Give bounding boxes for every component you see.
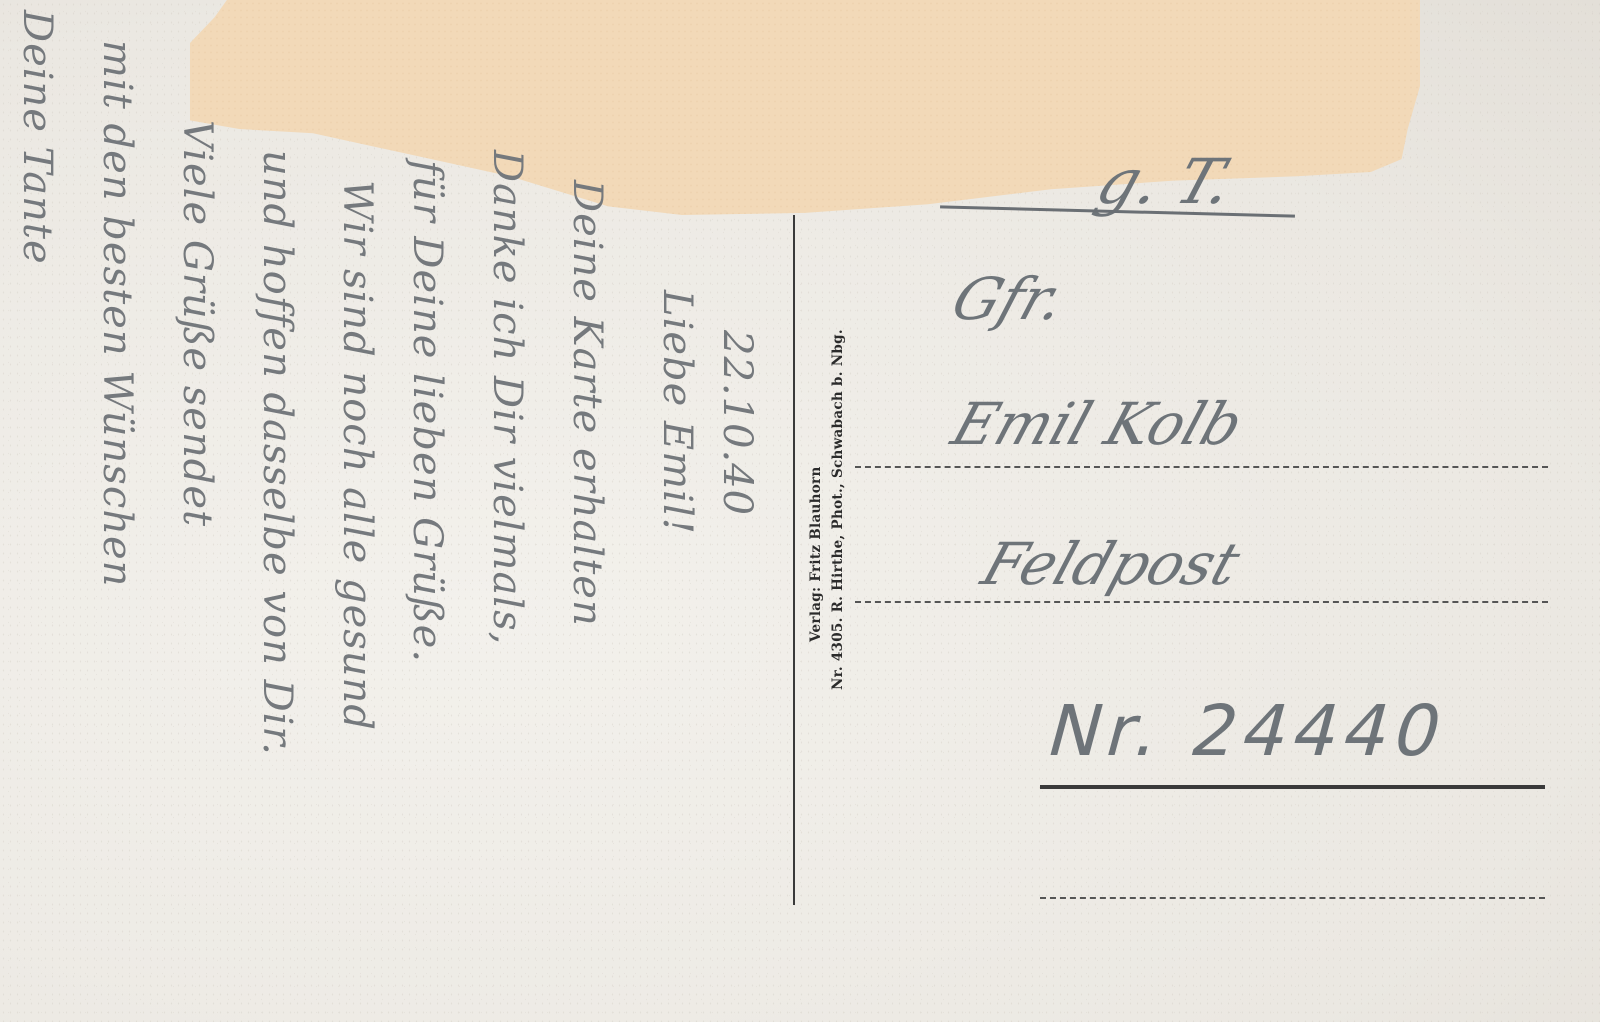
message-line: Wir sind noch alle gesund bbox=[334, 180, 380, 731]
address-number: Nr. 24440 bbox=[1039, 690, 1457, 772]
message-line: Deine Karte erhalten bbox=[564, 180, 610, 627]
publisher-line-1: Verlag: Fritz Blauhorn bbox=[805, 329, 827, 690]
address-line-1 bbox=[855, 466, 1548, 468]
publisher-imprint: Verlag: Fritz Blauhorn Nr. 4305. R. Hirt… bbox=[805, 329, 849, 690]
message-line: Liebe Emil! bbox=[654, 290, 700, 535]
address-name: Emil Kolb bbox=[944, 390, 1251, 458]
message-line: Deine Tante bbox=[14, 10, 60, 265]
message-date: 22.10.40 bbox=[714, 330, 760, 516]
address-rank: Gfr. bbox=[944, 265, 1074, 333]
publisher-line-2: Nr. 4305. R. Hirthe, Phot., Schwabach b.… bbox=[827, 329, 849, 690]
message-line: Viele Grüße sendet bbox=[174, 120, 220, 527]
address-service: Feldpost bbox=[974, 530, 1248, 598]
address-line-2 bbox=[855, 601, 1548, 603]
message-line: für Deine lieben Grüße. bbox=[404, 160, 450, 663]
center-divider bbox=[793, 215, 795, 905]
message-line: Danke ich Dir vielmals, bbox=[484, 150, 530, 645]
postcard-back: 22.10.40 Liebe Emil! Deine Karte erhalte… bbox=[0, 0, 1600, 1022]
address-line-3 bbox=[1040, 785, 1545, 789]
address-line-4 bbox=[1040, 897, 1545, 899]
address-heading-mark: g. T. bbox=[1088, 145, 1243, 218]
message-line: und hoffen dasselbe von Dir. bbox=[254, 150, 300, 756]
message-line: mit den besten Wünschen bbox=[94, 40, 140, 587]
